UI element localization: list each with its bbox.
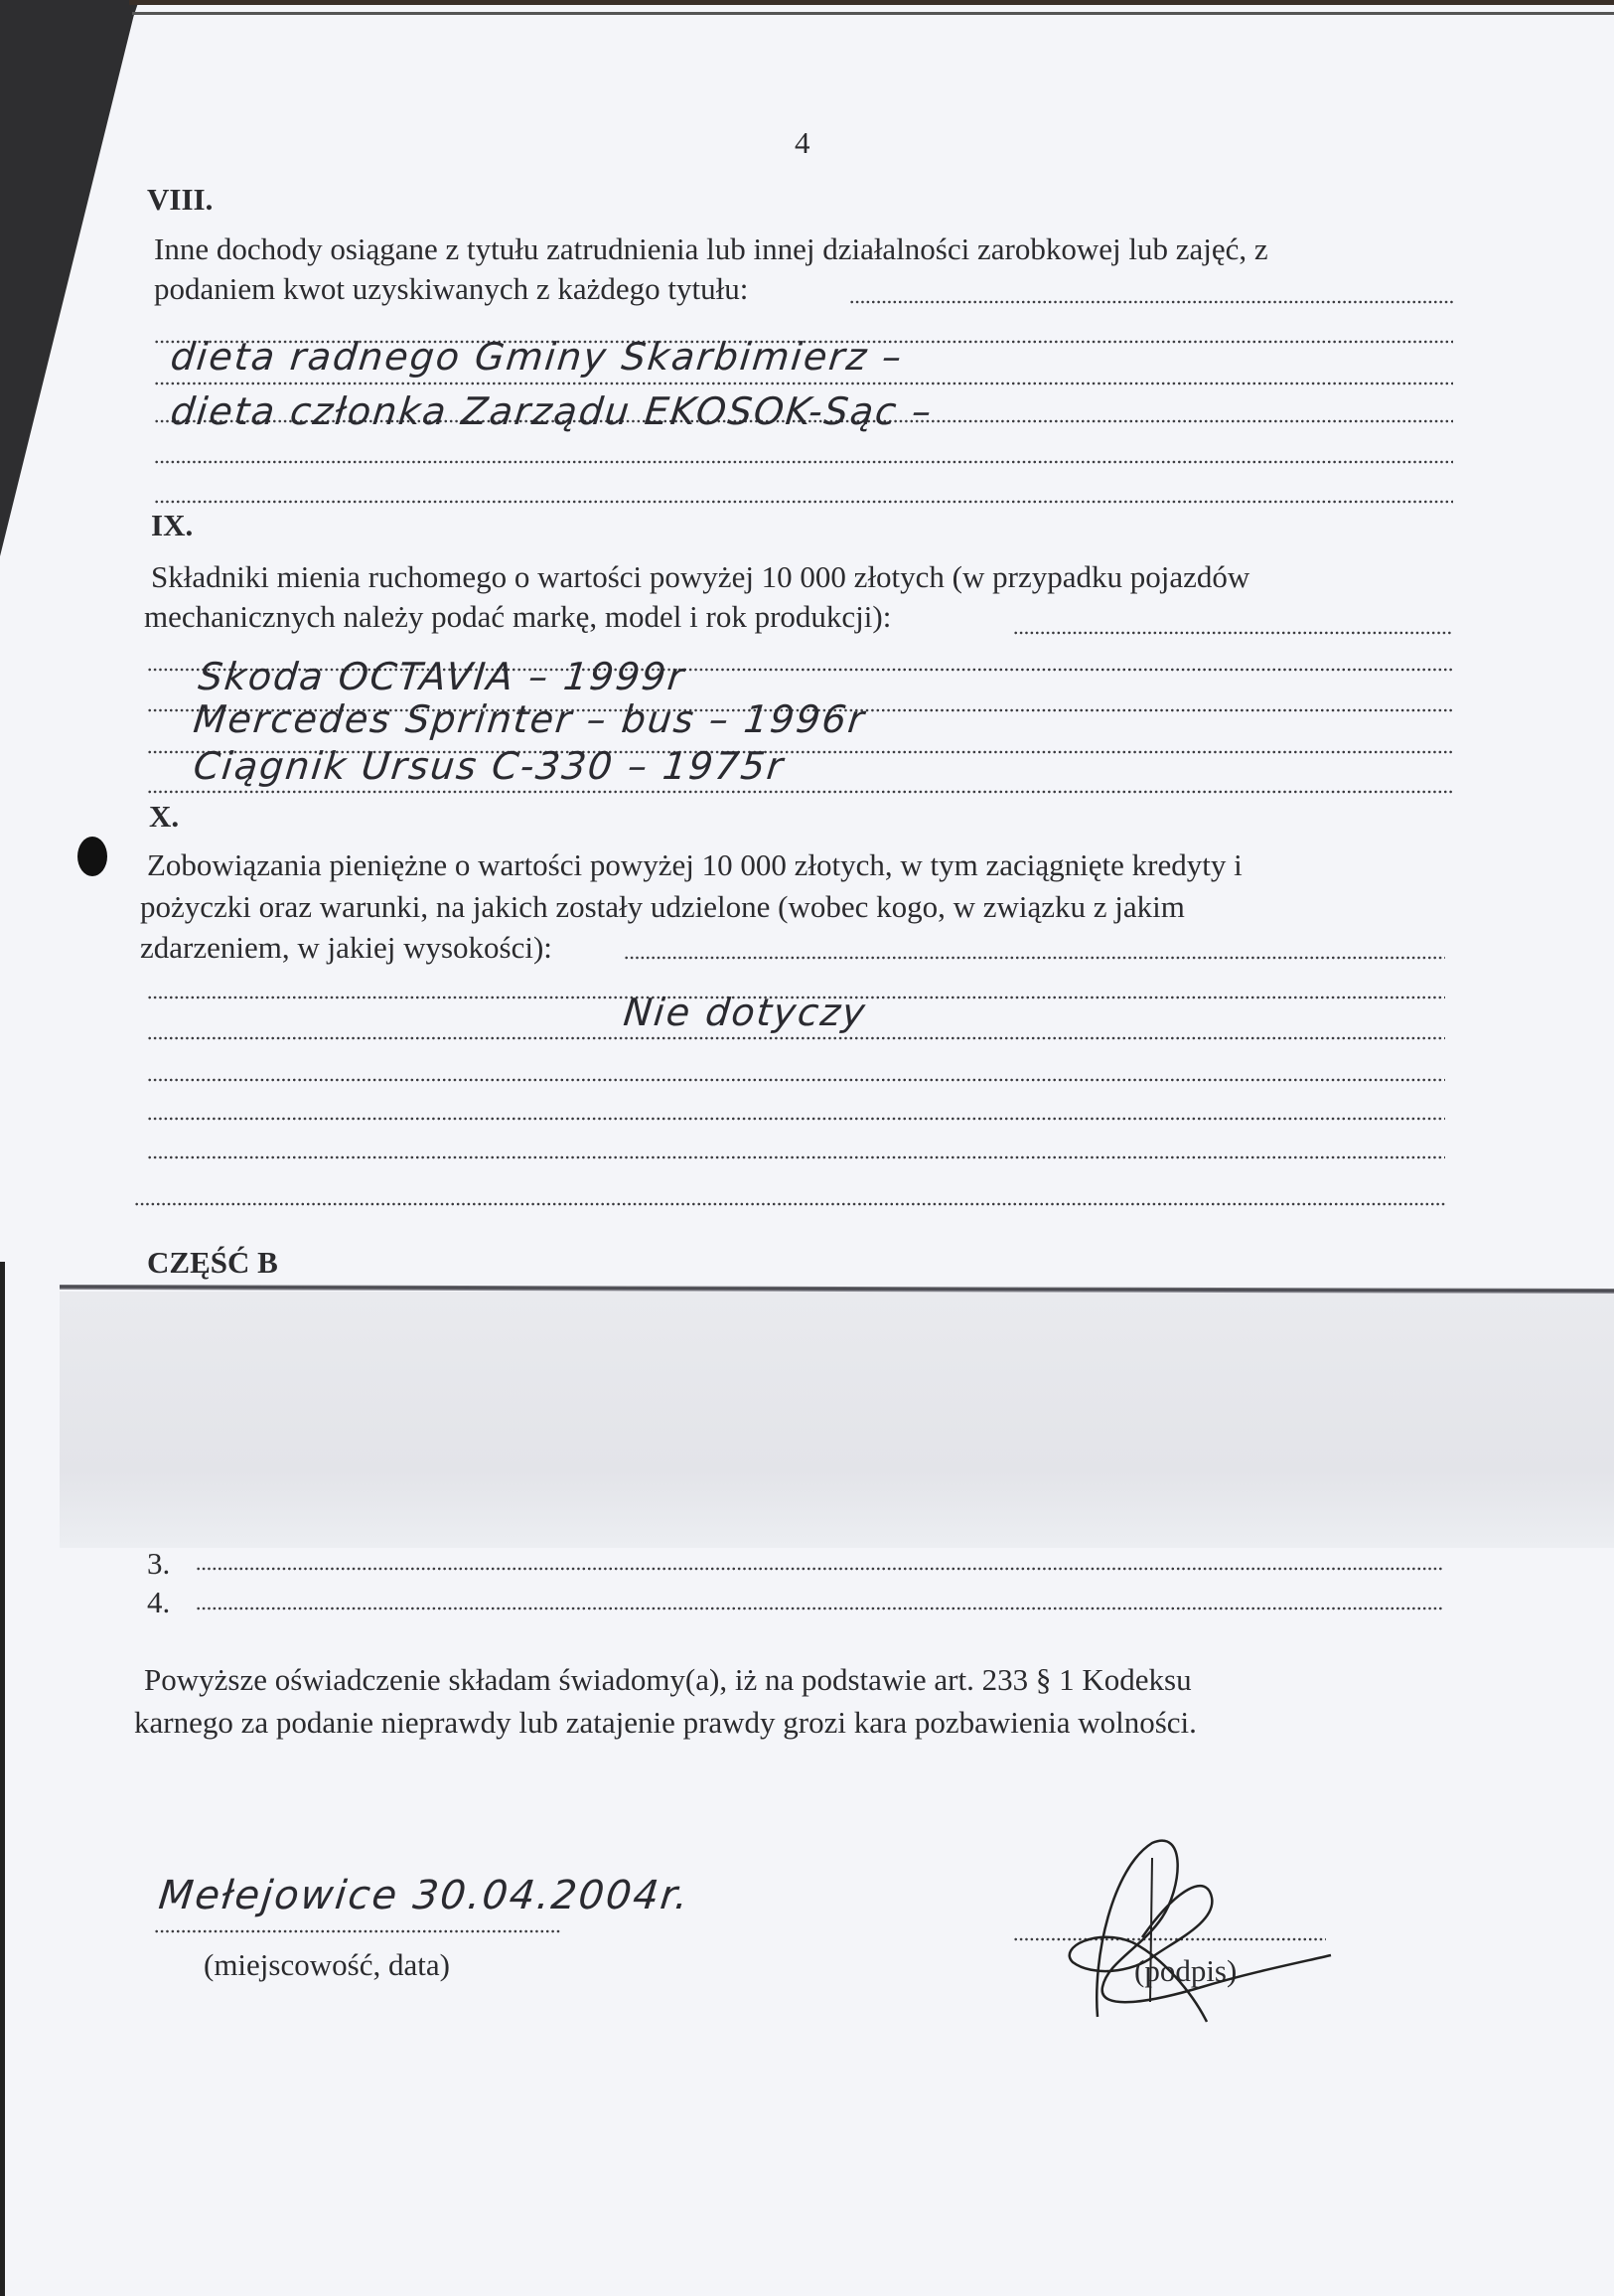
signature-scribble-icon [1003,1828,1341,2027]
place-date-label: (miejscowość, data) [204,1949,450,1980]
declaration-text-2: karnego za podanie nieprawdy lub zatajen… [134,1707,1197,1738]
dotted-line [624,956,1445,960]
section-x-text-3: zdarzeniem, w jakiej wysokości): [140,932,552,963]
handwritten-vehicle-2: Mercedes Sprinter – bus – 1996r [192,700,867,738]
section-x-text-1: Zobowiązania pieniężne o wartości powyże… [147,849,1243,880]
section-viii-text-2: podaniem kwot uzyskiwanych z każdego tyt… [154,273,748,304]
page-number: 4 [795,127,810,158]
dotted-line [147,1117,1445,1121]
document-page: 4 VIII. Inne dochody osiągane z tytułu z… [0,0,1614,2296]
handwritten-income-1: dieta radnego Gminy Skarbimierz – [169,338,905,376]
section-viii-text-1: Inne dochody osiągane z tytułu zatrudnie… [154,233,1268,264]
punch-hole-mark [77,837,107,876]
dotted-line [196,1607,1442,1610]
handwritten-vehicle-1: Skoda OCTAVIA – 1999r [197,658,687,695]
dotted-line [849,300,1453,304]
dotted-line [147,1155,1445,1159]
part-b-heading: CZĘŚĆ B [147,1247,278,1278]
page-top-rule [132,12,1614,15]
dotted-line [196,1567,1442,1571]
section-viii-heading: VIII. [147,184,213,215]
dotted-line [154,500,1453,504]
scan-shadow [0,0,139,556]
page-left-edge [0,1262,5,2296]
section-ix-text-1: Składniki mienia ruchomego o wartości po… [151,561,1249,592]
dotted-line [147,790,1453,794]
handwritten-income-2: dieta członka Zarządu EKOSOK-Sąc – [169,392,935,430]
section-x-text-2: pożyczki oraz warunki, na jakich zostały… [140,891,1185,922]
section-ix-text-2: mechanicznych należy podać markę, model … [144,601,891,632]
dotted-line [1013,631,1453,635]
section-x-heading: X. [149,801,179,832]
dotted-line [147,1078,1445,1082]
folded-overlay [60,1292,1614,1548]
dotted-line [147,1036,1445,1040]
dotted-line [154,382,1453,385]
section-ix-heading: IX. [151,510,193,540]
handwritten-vehicle-3: Ciągnik Ursus C-330 – 1975r [192,747,787,785]
dotted-line [154,460,1453,464]
place-date-dotted-line [154,1929,561,1933]
handwritten-not-applicable: Nie dotyczy [622,994,869,1031]
part-b-item-4: 4. [147,1587,170,1617]
declaration-text-1: Powyższe oświadczenie składam świadomy(a… [144,1664,1192,1695]
page-top-edge [129,0,1614,5]
part-b-item-3: 3. [147,1548,170,1579]
handwritten-place-date: Mełejowice 30.04.2004r. [157,1876,692,1915]
dotted-line [134,1202,1445,1206]
